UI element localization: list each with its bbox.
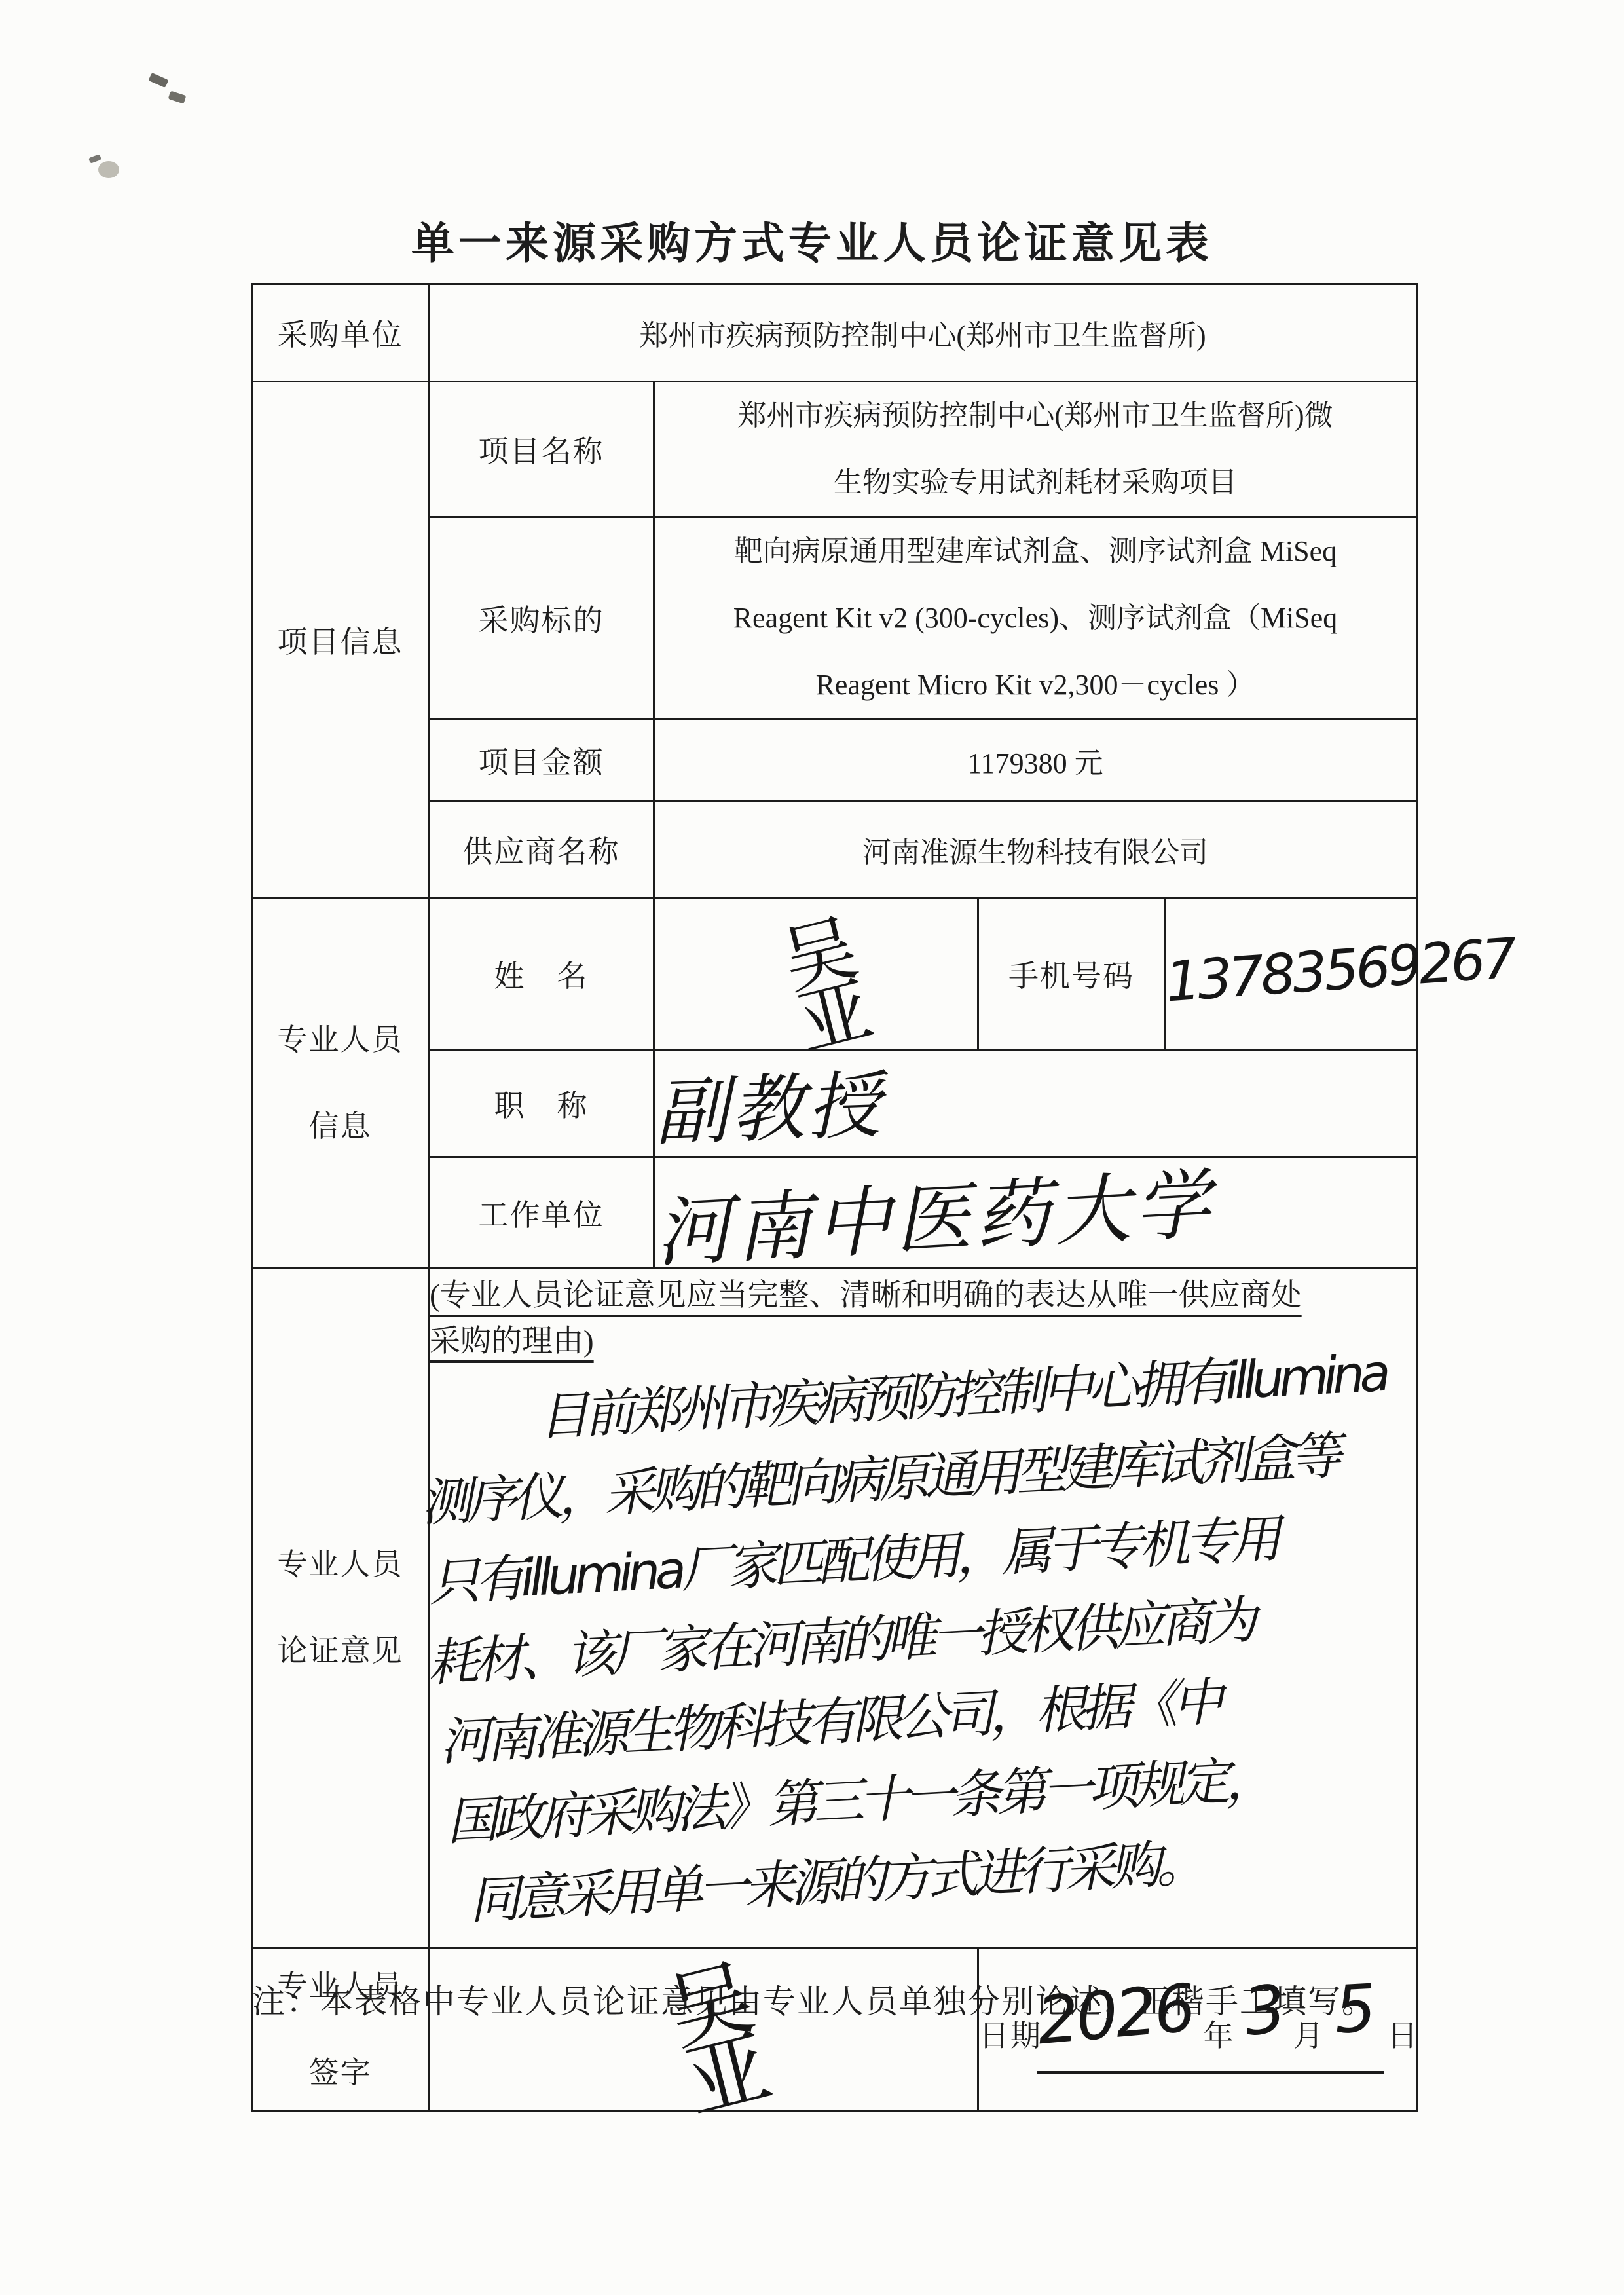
row-purchaser: 采购单位 郑州市疾病预防控制中心(郑州市卫生监督所) [252,284,1417,382]
project-name-label: 项目名称 [429,382,654,517]
purchaser-label: 采购单位 [252,284,429,382]
expert-section-label-line2: 信息 [253,1102,428,1151]
purchaser-value: 郑州市疾病预防控制中心(郑州市卫生监督所) [429,284,1417,382]
target-line3: Reagent Micro Kit v2,300－cycles ） [655,652,1416,718]
handwritten-workplace: 河南中医药大学 [652,1144,1217,1282]
expert-name-label: 姓 名 [429,898,654,1050]
workplace-value: 河南中医药大学 [654,1157,1417,1269]
opinion-section-label-line2: 论证意见 [253,1626,428,1676]
amount-value: 1179380 元 [654,720,1417,801]
target-label: 采购标的 [429,517,654,720]
expert-section-label: 专业人员 信息 [252,898,429,1269]
handwritten-name: 吴亚 [769,909,871,1051]
phone-label: 手机号码 [978,898,1165,1050]
project-section-label: 项目信息 [252,382,429,898]
row-expert-name: 专业人员 信息 姓 名 吴亚 手机号码 13783569267 [252,898,1417,1050]
project-name-line1: 郑州市疾病预防控制中心(郑州市卫生监督所)微 [655,382,1416,449]
target-line2: Reagent Kit v2 (300-cycles)、测序试剂盒（MiSeq [655,585,1416,652]
signature-value: 吴亚 [429,1948,978,2112]
handwritten-phone: 13783569267 [1164,925,1516,1014]
row-expert-opinion: 专业人员 论证意见 (专业人员论证意见应当完整、清晰和明确的表达从唯一供应商处 … [252,1269,1417,1948]
project-name-value: 郑州市疾病预防控制中心(郑州市卫生监督所)微 生物实验专用试剂耗材采购项目 [654,382,1417,517]
smudge-mark [98,161,119,178]
row-signature: 专业人员 签字 吴亚 日期 2026 年 3 月 5 日 [252,1948,1417,2112]
expert-title-value: 副教授 [654,1050,1417,1157]
pen-mark [88,154,101,164]
supplier-value: 河南准源生物科技有限公司 [654,801,1417,898]
signature-section-label: 专业人员 签字 [252,1948,429,2112]
project-name-line2: 生物实验专用试剂耗材采购项目 [655,449,1416,516]
expert-name-value: 吴亚 [654,898,978,1050]
opinion-section-label: 专业人员 论证意见 [252,1269,429,1948]
footer-note: 注：本表格中专业人员论证意见由专业人员单独分别论述，正楷手工填写。 [252,1975,1376,2023]
pen-mark [168,90,187,103]
supplier-label: 供应商名称 [429,801,654,898]
phone-value: 13783569267 [1165,898,1417,1050]
form-title: 单一来源采购方式专业人员论证意见表 [0,208,1624,271]
expert-section-label-line1: 专业人员 [253,1015,428,1065]
expert-title-label: 职 称 [429,1050,654,1157]
target-line1: 靶向病原通用型建库试剂盒、测序试剂盒 MiSeq [655,518,1416,585]
opinion-instruction-line1: (专业人员论证意见应当完整、清晰和明确的表达从唯一供应商处 [430,1273,1416,1318]
target-value: 靶向病原通用型建库试剂盒、测序试剂盒 MiSeq Reagent Kit v2 … [654,517,1417,720]
amount-label: 项目金额 [429,720,654,801]
opinion-content: (专业人员论证意见应当完整、清晰和明确的表达从唯一供应商处 采购的理由) 目前郑… [429,1269,1417,1948]
scanned-form-page: 单一来源采购方式专业人员论证意见表 采购单位 郑州市疾病预防控制中心(郑州市卫生… [0,0,1624,2295]
opinion-section-label-line1: 专业人员 [253,1540,428,1590]
pen-mark [149,73,169,88]
day-unit: 日 [1388,2012,1418,2055]
row-project-name: 项目信息 项目名称 郑州市疾病预防控制中心(郑州市卫生监督所)微 生物实验专用试… [252,382,1417,517]
date-cell: 日期 2026 年 3 月 5 日 [978,1948,1417,2112]
workplace-label: 工作单位 [429,1157,654,1269]
opinion-form-table: 采购单位 郑州市疾病预防控制中心(郑州市卫生监督所) 项目信息 项目名称 郑州市… [251,283,1418,2112]
handwritten-jobtitle: 副教授 [653,1047,884,1160]
signature-section-label-line2: 签字 [253,2048,428,2098]
handwritten-opinion: 目前郑州市疾病预防控制中心拥有illumina 测序仪，采购的靶向病原通用型建库… [412,1333,1426,1943]
